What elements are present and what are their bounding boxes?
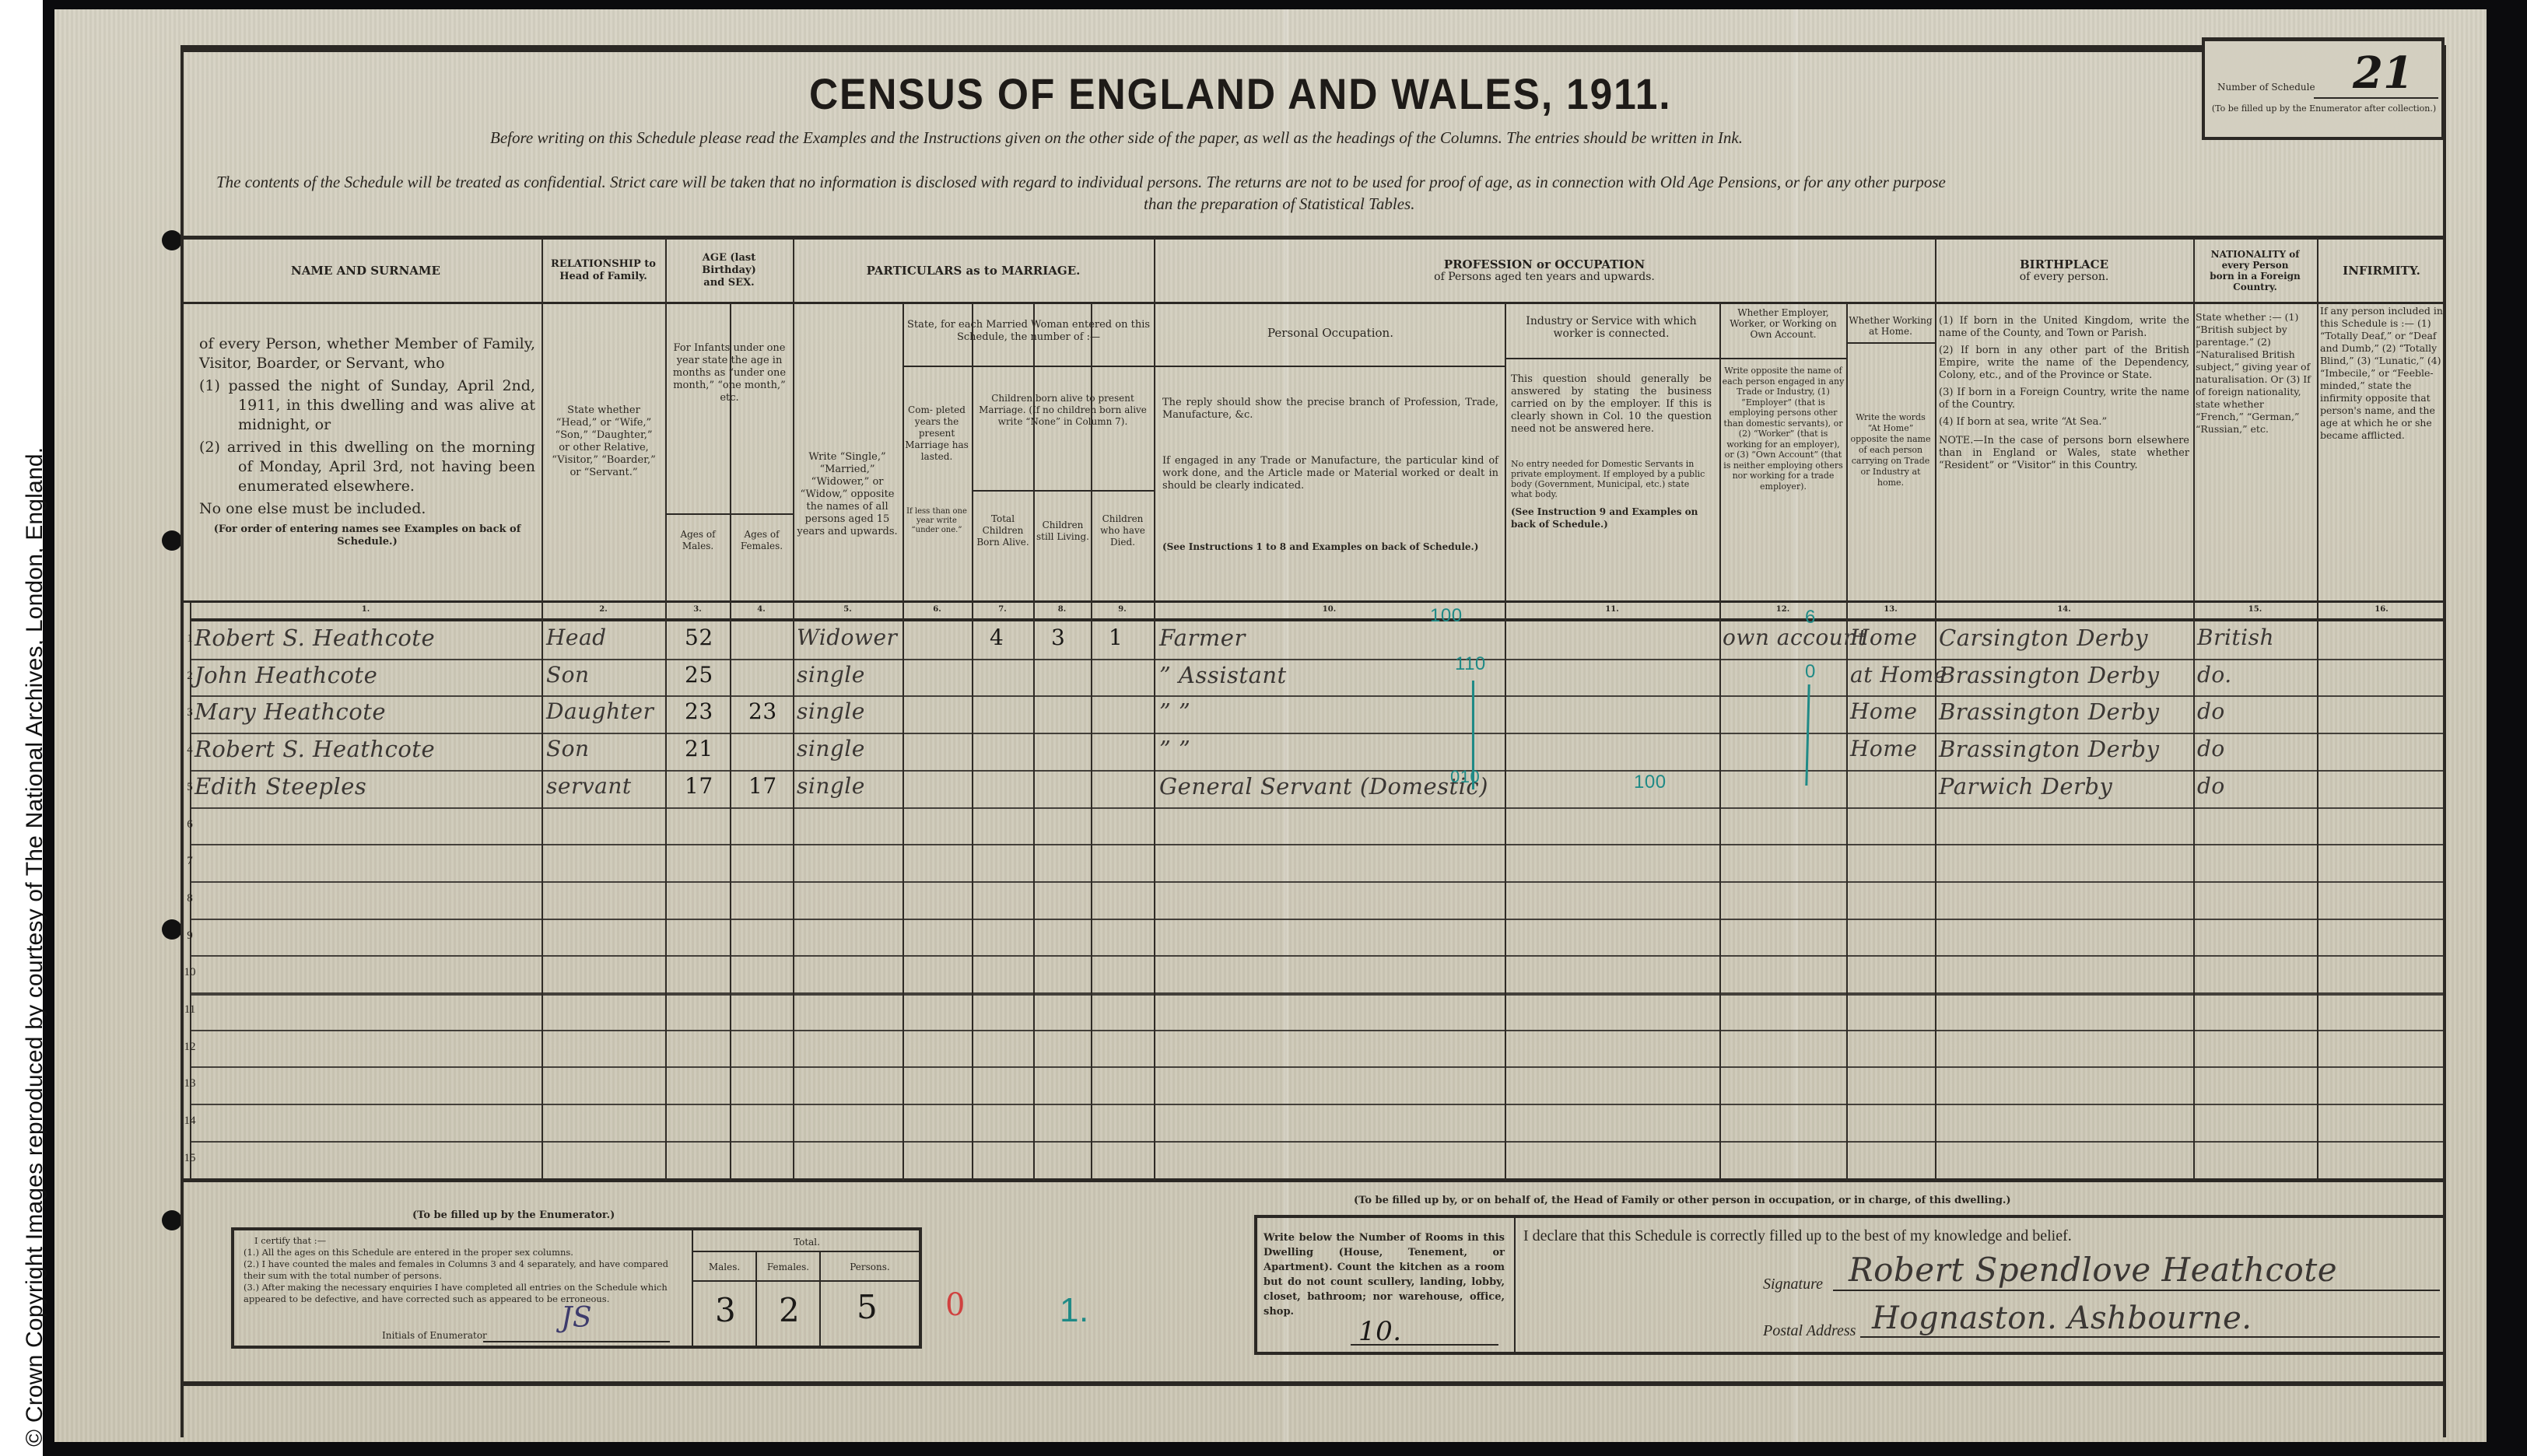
industry-instr-2: No entry needed for Domestic Servants in… bbox=[1511, 459, 1712, 499]
table-row bbox=[180, 955, 2446, 992]
column-number: 4. bbox=[730, 605, 793, 614]
schedule-number-note: (To be filled up by the Enumerator after… bbox=[2211, 103, 2437, 114]
enumerator-heading: (To be filled up by the Enumerator.) bbox=[412, 1209, 615, 1221]
ages-of-males-label: Ages of Males. bbox=[668, 529, 728, 552]
subheader-rule bbox=[180, 600, 2446, 603]
home-subrule bbox=[1846, 342, 1935, 344]
table-row bbox=[180, 919, 2446, 956]
occupation-subrule bbox=[1154, 366, 1505, 367]
confidential-line-2: than the preparation of Statistical Tabl… bbox=[1144, 194, 1414, 214]
employer-instructions: Write opposite the name of each person e… bbox=[1721, 366, 1845, 492]
copyright-text: © Crown Copyright Images reproduced by c… bbox=[22, 447, 48, 1447]
punch-hole bbox=[162, 230, 182, 250]
table-row bbox=[180, 1141, 2446, 1178]
males-label: Males. bbox=[693, 1262, 755, 1273]
employer-heading: Whether Employer, Worker, or Working on … bbox=[1721, 307, 1845, 340]
rooms-count[interactable]: 10. bbox=[1358, 1316, 1402, 1347]
column-heading-nationality: NATIONALITY of every Person born in a Fo… bbox=[2193, 238, 2317, 303]
column-number: 14. bbox=[1935, 605, 2193, 614]
children-living-label: Children still Living. bbox=[1035, 520, 1091, 543]
column-heading-marriage: PARTICULARS as to MARRIAGE. bbox=[793, 238, 1154, 303]
column-heading-name: NAME AND SURNAME bbox=[190, 238, 541, 303]
home-heading: Whether Working at Home. bbox=[1849, 315, 1933, 337]
column-number: 16. bbox=[2317, 605, 2446, 614]
table-row bbox=[180, 1104, 2446, 1141]
personal-occupation-instr-1: The reply should show the precise branch… bbox=[1162, 397, 1498, 422]
table-row bbox=[180, 695, 2446, 733]
signature-label: Signature bbox=[1763, 1276, 1823, 1293]
column-number: 5. bbox=[793, 605, 902, 614]
head-section-heading: (To be filled up by, or on behalf of, th… bbox=[1354, 1195, 2011, 1206]
total-persons[interactable]: 5 bbox=[857, 1288, 878, 1326]
punch-hole bbox=[162, 919, 182, 940]
industry-subrule bbox=[1505, 358, 1846, 359]
marriage-subrule bbox=[902, 366, 1154, 367]
postal-address-line bbox=[1860, 1336, 2440, 1338]
schedule-number-box: 21 Number of Schedule (To be filled up b… bbox=[2202, 37, 2445, 140]
home-instructions: Write the words “At Home” opposite the n… bbox=[1849, 412, 1933, 488]
age-subrule bbox=[665, 513, 793, 515]
industry-heading: Industry or Service with which worker is… bbox=[1509, 315, 1713, 340]
confidential-line: The contents of the Schedule will be tre… bbox=[216, 173, 1946, 192]
table-row bbox=[180, 770, 2446, 807]
table-row bbox=[180, 659, 2446, 696]
declaration-text: I declare that this Schedule is correctl… bbox=[1523, 1227, 2072, 1245]
column-heading-occupation: PROFESSION or OCCUPATIONof Persons aged … bbox=[1154, 238, 1935, 303]
table-row bbox=[180, 844, 2446, 881]
table-row bbox=[180, 807, 2446, 845]
table-row bbox=[180, 621, 2446, 659]
divider bbox=[819, 1251, 821, 1346]
ages-of-females-label: Ages of Females. bbox=[731, 529, 792, 552]
column-number: 11. bbox=[1505, 605, 1719, 614]
total-males[interactable]: 3 bbox=[715, 1291, 736, 1329]
postal-address[interactable]: Hognaston. Ashbourne. bbox=[1872, 1300, 2252, 1336]
column-number: 2. bbox=[541, 605, 665, 614]
head-declaration-box: Write below the Number of Rooms in this … bbox=[1254, 1215, 2445, 1355]
bottom-rule bbox=[180, 1381, 2446, 1386]
table-row bbox=[180, 992, 2446, 1030]
initials-label: Initials of Enumerator bbox=[382, 1330, 487, 1342]
relationship-instructions: State whether “Head,” or “Wife,” “Son,” … bbox=[549, 404, 658, 479]
marriage-condition-instructions: Write “Single,” “Married,” “Widower,” or… bbox=[795, 451, 899, 538]
age-instructions: For Infants under one year state the age… bbox=[669, 342, 790, 404]
copyright-strip: © Crown Copyright Images reproduced by c… bbox=[0, 0, 43, 1456]
signature[interactable]: Robert Spendlove Heathcote bbox=[1849, 1251, 2337, 1289]
years-married-label: Com- pleted years the present Marriage h… bbox=[904, 404, 969, 463]
column-number: 3. bbox=[665, 605, 730, 614]
punch-hole bbox=[162, 530, 182, 551]
table-row bbox=[180, 881, 2446, 919]
column-number: 1. bbox=[190, 605, 541, 614]
column-number: 9. bbox=[1091, 605, 1154, 614]
column-number: 15. bbox=[2193, 605, 2317, 614]
total-females[interactable]: 2 bbox=[779, 1291, 800, 1329]
column-heading-birthplace: BIRTHPLACEof every person. bbox=[1935, 238, 2193, 303]
column-number: 12. bbox=[1719, 605, 1846, 614]
enumerator-initials: JS bbox=[561, 1302, 592, 1334]
nationality-instructions: State whether :— (1) “British subject by… bbox=[2196, 311, 2314, 436]
divider bbox=[693, 1280, 920, 1282]
name-instructions: of every Person, whether Member of Famil… bbox=[199, 334, 535, 548]
infirmity-instructions: If any person included in this Schedule … bbox=[2320, 305, 2443, 442]
column-heading-age: AGE (last Birthday) and SEX. bbox=[665, 238, 793, 303]
children-subrule bbox=[972, 490, 1154, 492]
punch-hole bbox=[162, 1210, 182, 1230]
table-bottom-rule bbox=[180, 1178, 2446, 1182]
married-woman-instructions: State, for each Married Woman entered on… bbox=[906, 319, 1151, 344]
red-check-mark: 0 bbox=[945, 1287, 966, 1323]
enumerator-certificate-box: I certify that :— (1.) All the ages on t… bbox=[231, 1227, 922, 1349]
personal-occupation-heading: Personal Occupation. bbox=[1159, 327, 1502, 339]
column-number: 8. bbox=[1033, 605, 1091, 614]
years-married-note: If less than one year write “under one.” bbox=[904, 507, 969, 535]
schedule-number-line bbox=[2314, 97, 2438, 99]
column-number: 6. bbox=[902, 605, 972, 614]
birthplace-instructions: (1) If born in the United Kingdom, write… bbox=[1939, 315, 2189, 472]
table-row bbox=[180, 733, 2446, 770]
industry-instr-3: (See Instruction 9 and Examples on back … bbox=[1511, 506, 1712, 530]
teal-check-mark: 1. bbox=[1060, 1291, 1089, 1330]
divider bbox=[755, 1251, 757, 1346]
persons-label: Persons. bbox=[821, 1262, 919, 1273]
column-number: 13. bbox=[1846, 605, 1935, 614]
initials-line bbox=[483, 1341, 670, 1342]
column-number: 7. bbox=[972, 605, 1033, 614]
column-heading-infirmity: INFIRMITY. bbox=[2317, 238, 2446, 303]
rooms-instruction: Write below the Number of Rooms in this … bbox=[1263, 1230, 1505, 1319]
postal-address-label: Postal Address bbox=[1763, 1322, 1856, 1340]
personal-occupation-instr-2: If engaged in any Trade or Manufacture, … bbox=[1162, 455, 1498, 492]
column-heading-relationship: RELATIONSHIP to Head of Family. bbox=[541, 238, 665, 303]
schedule-number-label: Number of Schedule bbox=[2217, 82, 2315, 93]
divider bbox=[1514, 1218, 1516, 1352]
total-label: Total. bbox=[693, 1237, 920, 1248]
industry-instr-1: This question should generally be answer… bbox=[1511, 373, 1712, 436]
signature-line bbox=[1833, 1290, 2440, 1291]
table-row bbox=[180, 1066, 2446, 1104]
schedule-number[interactable]: 21 bbox=[2353, 47, 2413, 99]
personal-occupation-instr-3: (See Instructions 1 to 8 and Examples on… bbox=[1162, 541, 1498, 553]
children-total-label: Total Children Born Alive. bbox=[973, 513, 1033, 548]
table-row bbox=[180, 1030, 2446, 1067]
females-label: Females. bbox=[757, 1262, 819, 1273]
children-died-label: Children who have Died. bbox=[1092, 513, 1153, 548]
instruction-line: Before writing on this Schedule please r… bbox=[490, 128, 1743, 148]
divider bbox=[693, 1251, 920, 1252]
certify-text: I certify that :— (1.) All the ages on t… bbox=[244, 1235, 679, 1305]
page-title: CENSUS OF ENGLAND AND WALES, 1911. bbox=[809, 68, 1671, 119]
children-heading: Children born alive to present Marriage.… bbox=[974, 393, 1151, 428]
